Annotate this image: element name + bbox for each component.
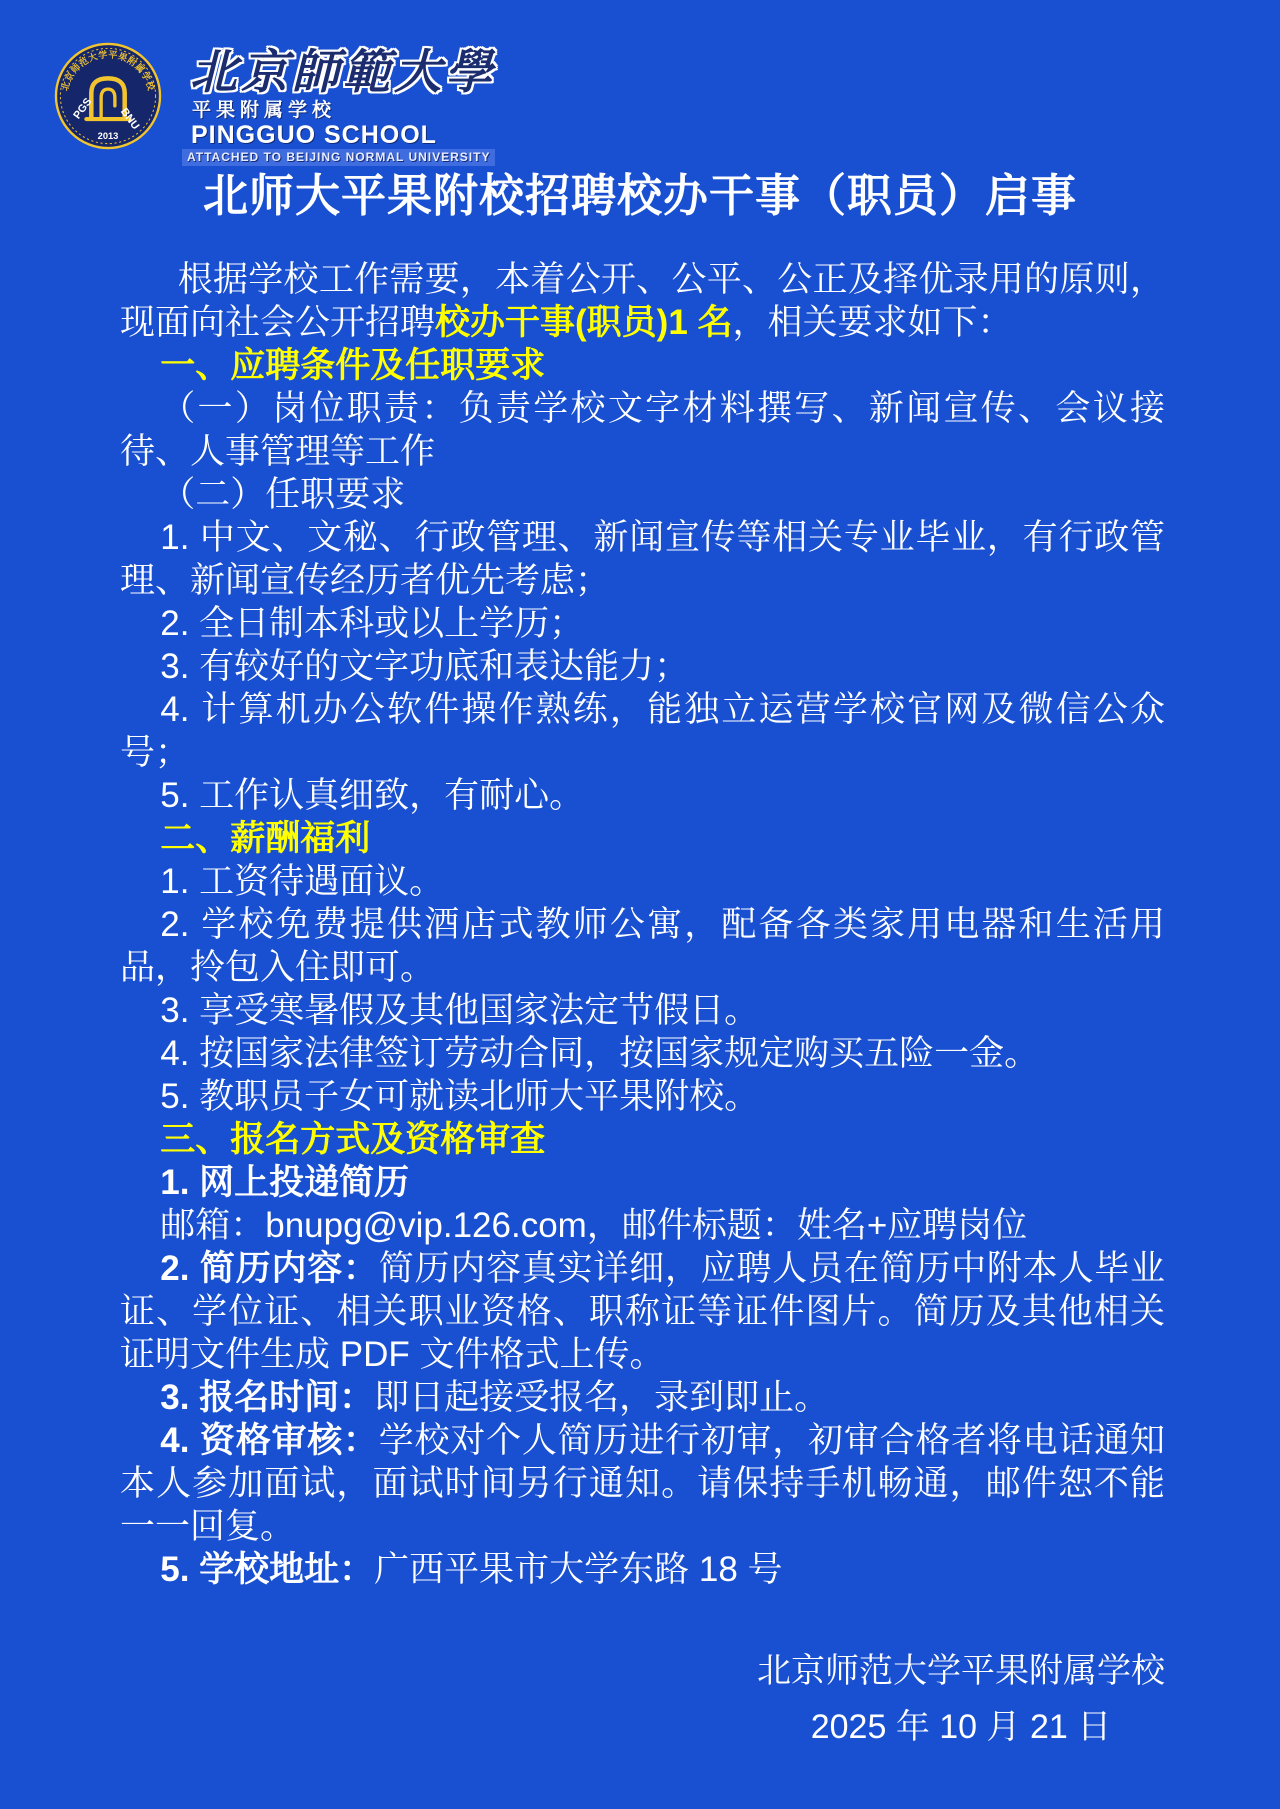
section-1-heading: 一、应聘条件及任职要求 bbox=[120, 344, 1165, 387]
school-attached-en: ATTACHED TO BEIJING NORMAL UNIVERSITY bbox=[182, 149, 495, 166]
apply-item-1: 1. 网上投递简历 bbox=[120, 1161, 1165, 1204]
school-logo-text: 北京師範大學 平果附属学校 PINGGUO SCHOOL ATTACHED TO… bbox=[178, 48, 496, 166]
page-title: 北师大平果附校招聘校办干事（职员）启事 bbox=[0, 170, 1280, 222]
school-name-en: PINGGUO SCHOOL bbox=[191, 122, 437, 148]
signature-block: 北京师范大学平果附属学校 2025 年 10 月 21 日 bbox=[757, 1643, 1165, 1755]
benefit-item-4: 4. 按国家法律签订劳动合同，按国家规定购买五险一金。 bbox=[120, 1032, 1165, 1075]
school-logo-block: 北京师范大学平果附属学校 PGS BNU 2013 北京師範大學 平果附属学校 … bbox=[54, 42, 496, 166]
requirement-item-3: 3. 有较好的文字功底和表达能力； bbox=[120, 645, 1165, 688]
requirement-item-2: 2. 全日制本科或以上学历； bbox=[120, 602, 1165, 645]
signature-school: 北京师范大学平果附属学校 bbox=[757, 1643, 1165, 1699]
benefit-item-2: 2. 学校免费提供酒店式教师公寓，配备各类家用电器和生活用品，拎包入住即可。 bbox=[120, 903, 1165, 989]
notice-body: 根据学校工作需要，本着公开、公平、公正及择优录用的原则，现面向社会公开招聘校办干… bbox=[120, 258, 1165, 1591]
signature-date: 2025 年 10 月 21 日 bbox=[757, 1699, 1165, 1755]
recruitment-notice-page: 北京师范大学平果附属学校 PGS BNU 2013 北京師範大學 平果附属学校 … bbox=[0, 0, 1280, 1809]
apply-item-2: 2. 简历内容：简历内容真实详细，应聘人员在简历中附本人毕业证、学位证、相关职业… bbox=[120, 1247, 1165, 1376]
school-subtitle-cn: 平果附属学校 bbox=[192, 100, 336, 122]
benefit-item-5: 5. 教职员子女可就读北师大平果附校。 bbox=[120, 1075, 1165, 1118]
requirement-item-4: 4. 计算机办公软件操作熟练，能独立运营学校官网及微信公众号； bbox=[120, 688, 1165, 774]
requirement-item-5: 5. 工作认真细致，有耐心。 bbox=[120, 774, 1165, 817]
job-requirement-heading: （二）任职要求 bbox=[120, 473, 1165, 516]
section-2-heading: 二、薪酬福利 bbox=[120, 817, 1165, 860]
school-name-calligraphy: 北京師範大學 bbox=[190, 48, 496, 98]
seal-year: 2013 bbox=[98, 131, 119, 141]
benefit-item-1: 1. 工资待遇面议。 bbox=[120, 860, 1165, 903]
job-duty-paragraph: （一）岗位职责：负责学校文字材料撰写、新闻宣传、会议接待、人事管理等工作 bbox=[120, 387, 1165, 473]
apply-item-3: 3. 报名时间：即日起接受报名，录到即止。 bbox=[120, 1376, 1165, 1419]
section-3-heading: 三、报名方式及资格审查 bbox=[120, 1118, 1165, 1161]
apply-item-4: 4. 资格审核：学校对个人简历进行初审，初审合格者将电话通知本人参加面试，面试时… bbox=[120, 1419, 1165, 1548]
requirement-item-1: 1. 中文、文秘、行政管理、新闻宣传等相关专业毕业，有行政管理、新闻宣传经历者优… bbox=[120, 516, 1165, 602]
school-seal-icon: 北京师范大学平果附属学校 PGS BNU 2013 bbox=[54, 42, 162, 150]
apply-email-line: 邮箱：bnupg@vip.126.com，邮件标题：姓名+应聘岗位 bbox=[120, 1204, 1165, 1247]
intro-paragraph: 根据学校工作需要，本着公开、公平、公正及择优录用的原则，现面向社会公开招聘校办干… bbox=[120, 258, 1165, 344]
benefit-item-3: 3. 享受寒暑假及其他国家法定节假日。 bbox=[120, 989, 1165, 1032]
apply-item-5: 5. 学校地址：广西平果市大学东路 18 号 bbox=[120, 1548, 1165, 1591]
